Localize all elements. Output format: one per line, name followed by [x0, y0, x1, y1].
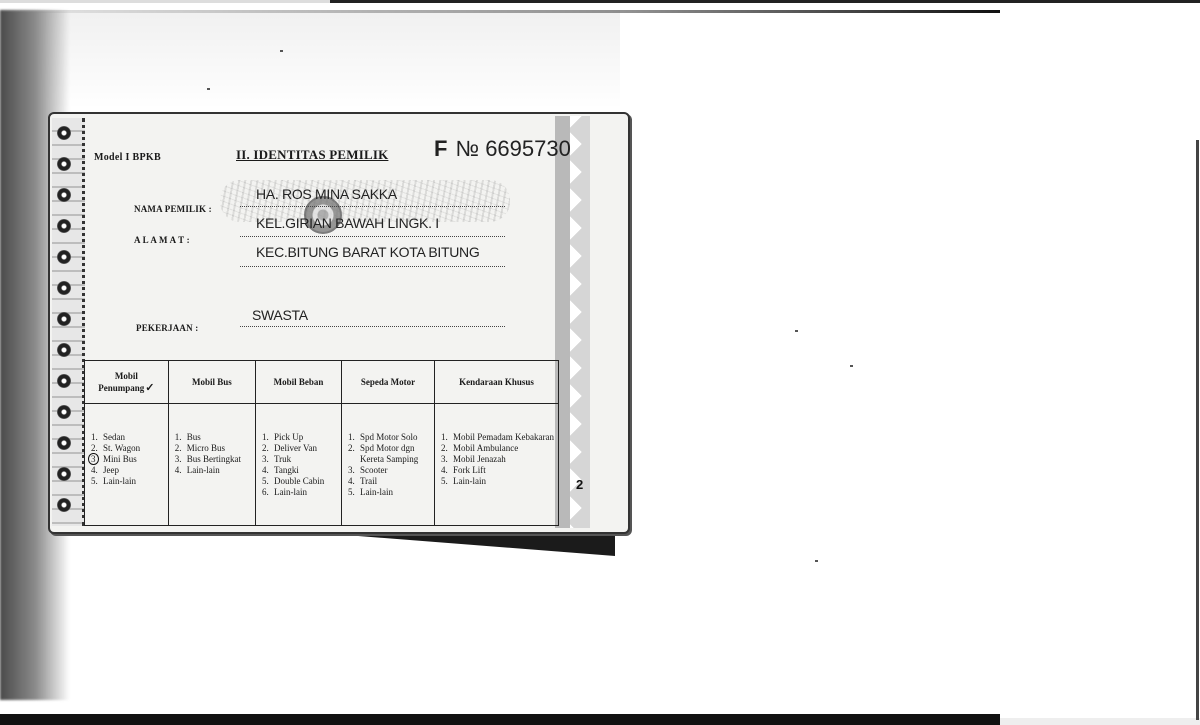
vehicle-type-item: 2.Deliver Van — [262, 443, 337, 454]
rosette-ornament-icon — [57, 498, 71, 512]
vehicle-type-label: Pick Up — [274, 432, 303, 442]
vehicle-type-item: 2.Spd Motor dgn Kereta Samping — [348, 443, 430, 465]
vehicle-type-item: 2.Micro Bus — [175, 443, 251, 454]
occupation-value: SWASTA — [252, 307, 308, 323]
category-header: Mobil Penumpang✓ — [85, 361, 169, 404]
address-dotted-line-1 — [240, 236, 505, 237]
vehicle-type-item: 3.Mobil Jenazah — [441, 454, 554, 465]
item-number: 5. — [441, 476, 453, 487]
vehicle-category-table: Mobil Penumpang✓Mobil BusMobil BebanSepe… — [84, 360, 559, 526]
item-number: 1. — [441, 432, 453, 443]
rosette-ornament-icon — [57, 188, 71, 202]
scan-shadow-top — [0, 10, 620, 110]
scan-edge-top-dark — [330, 0, 1200, 3]
vehicle-type-item: 5.Lain-lain — [91, 476, 164, 487]
address-line-2: KEC.BITUNG BARAT KOTA BITUNG — [256, 244, 479, 260]
rosette-ornament-icon — [57, 219, 71, 233]
vehicle-type-item: 3Mini Bus — [91, 454, 164, 465]
scan-speck — [815, 560, 818, 562]
item-number: 3. — [348, 465, 360, 476]
item-number: 3. — [175, 454, 187, 465]
vehicle-type-label: Trail — [360, 476, 377, 486]
vehicle-type-label: St. Wagon — [103, 443, 140, 453]
vehicle-type-item: 4.Trail — [348, 476, 430, 487]
vehicle-type-item: 5.Double Cabin — [262, 476, 337, 487]
vehicle-type-label: Lain-lain — [103, 476, 136, 486]
item-number: 1. — [262, 432, 274, 443]
vehicle-type-item: 5.Lain-lain — [348, 487, 430, 498]
vehicle-type-label: Spd Motor dgn Kereta Samping — [360, 443, 430, 465]
vehicle-type-item: 6.Lain-lain — [262, 487, 337, 498]
rosette-ornament-icon — [57, 281, 71, 295]
vehicle-type-label: Sedan — [103, 432, 125, 442]
vehicle-type-item: 1.Mobil Pemadam Kebakaran — [441, 432, 554, 443]
rosette-ornament-icon — [57, 343, 71, 357]
vehicle-type-item: 3.Scooter — [348, 465, 430, 476]
category-header: Mobil Bus — [168, 361, 255, 404]
rosette-ornament-icon — [57, 374, 71, 388]
item-number: 1. — [91, 432, 103, 443]
occupation-label: PEKERJAAN : — [136, 323, 198, 333]
rosette-ornament-icon — [57, 467, 71, 481]
item-number: 1. — [348, 432, 360, 443]
scan-speck — [280, 50, 283, 52]
item-number: 4. — [441, 465, 453, 476]
item-number: 6. — [262, 487, 274, 498]
vehicle-type-label: Bus — [187, 432, 201, 442]
vehicle-type-item: 4.Tangki — [262, 465, 337, 476]
item-number: 5. — [262, 476, 274, 487]
vehicle-type-label: Mobil Pemadam Kebakaran — [453, 432, 554, 442]
ornamental-border-left — [52, 118, 85, 526]
vehicle-type-label: Mini Bus — [103, 454, 137, 464]
vehicle-type-label: Lain-lain — [453, 476, 486, 486]
vehicle-type-label: Truk — [274, 454, 291, 464]
item-number: 1. — [175, 432, 187, 443]
vehicle-type-label: Lain-lain — [187, 465, 220, 475]
vehicle-type-item: 5.Lain-lain — [441, 476, 554, 487]
address-line-1: KEL.GIRIAN BAWAH LINGK. I — [256, 215, 439, 231]
vehicle-type-item: 1.Pick Up — [262, 432, 337, 443]
item-number: 3 — [91, 454, 103, 465]
item-number: 4. — [175, 465, 187, 476]
category-options: 1.Pick Up2.Deliver Van3.Truk4.Tangki5.Do… — [255, 404, 341, 526]
vehicle-type-label: Lain-lain — [360, 487, 393, 497]
scan-speck — [207, 88, 210, 90]
vehicle-type-label: Jeep — [103, 465, 119, 475]
category-options: 1.Spd Motor Solo2.Spd Motor dgn Kereta S… — [341, 404, 434, 526]
rosette-ornament-icon — [57, 405, 71, 419]
vehicle-type-label: Spd Motor Solo — [360, 432, 418, 442]
vehicle-type-item: 4.Jeep — [91, 465, 164, 476]
category-header-label: Mobil Beban — [274, 377, 324, 387]
vehicle-type-label: Micro Bus — [187, 443, 225, 453]
vehicle-type-label: Double Cabin — [274, 476, 324, 486]
rosette-ornament-icon — [57, 312, 71, 326]
vehicle-type-label: Bus Bertingkat — [187, 454, 241, 464]
vehicle-type-item: 2.Mobil Ambulance — [441, 443, 554, 454]
category-header: Sepeda Motor — [341, 361, 434, 404]
address-dotted-line-2 — [240, 266, 505, 267]
checkmark-icon: ✓ — [145, 382, 154, 394]
scan-edge-bottom — [0, 714, 1000, 725]
bpkb-owner-page: Model I BPKB II. IDENTITAS PEMILIK F№ 66… — [48, 112, 630, 534]
scan-speck — [795, 330, 798, 332]
item-number: 3. — [262, 454, 274, 465]
vehicle-type-item: 1.Spd Motor Solo — [348, 432, 430, 443]
model-label: Model I BPKB — [94, 152, 161, 163]
page-number: 2 — [576, 477, 583, 492]
vehicle-type-label: Fork Lift — [453, 465, 486, 475]
category-header-label: Sepeda Motor — [361, 377, 415, 387]
vehicle-type-item: 1.Sedan — [91, 432, 164, 443]
vehicle-type-item: 3.Bus Bertingkat — [175, 454, 251, 465]
name-dotted-line — [240, 206, 505, 207]
item-number: 2. — [262, 443, 274, 454]
vehicle-type-item: 4.Lain-lain — [175, 465, 251, 476]
category-options: 1.Mobil Pemadam Kebakaran2.Mobil Ambulan… — [434, 404, 558, 526]
item-number: 2. — [348, 443, 360, 454]
vehicle-type-label: Mobil Jenazah — [453, 454, 506, 464]
scan-edge-right — [1196, 140, 1199, 720]
category-header-label: Mobil Penumpang — [98, 371, 144, 393]
category-options: 1.Bus2.Micro Bus3.Bus Bertingkat4.Lain-l… — [168, 404, 255, 526]
scan-speck — [850, 365, 853, 367]
vehicle-type-item: 1.Bus — [175, 432, 251, 443]
serial-prefix: F — [434, 136, 447, 161]
serial-number: F№ 6695730 — [434, 136, 571, 162]
vehicle-type-label: Mobil Ambulance — [453, 443, 518, 453]
vehicle-type-item: 3.Truk — [262, 454, 337, 465]
rosette-ornament-icon — [57, 436, 71, 450]
rosette-ornament-icon — [57, 157, 71, 171]
item-number: 4. — [91, 465, 103, 476]
vehicle-type-item: 4.Fork Lift — [441, 465, 554, 476]
item-number: 4. — [348, 476, 360, 487]
vehicle-type-label: Tangki — [274, 465, 299, 475]
item-number: 3. — [441, 454, 453, 465]
vehicle-type-item: 2.St. Wagon — [91, 443, 164, 454]
item-number: 2. — [175, 443, 187, 454]
item-number: 2. — [441, 443, 453, 454]
section-title: II. IDENTITAS PEMILIK — [236, 147, 388, 163]
rosette-ornament-icon — [57, 126, 71, 140]
category-header-label: Kendaraan Khusus — [459, 377, 534, 387]
owner-name-value: HA. ROS MINA SAKKA — [256, 186, 397, 202]
selected-circle-mark: 3 — [88, 453, 99, 465]
serial-value: 6695730 — [485, 136, 571, 161]
vehicle-type-label: Scooter — [360, 465, 388, 475]
item-number: 4. — [262, 465, 274, 476]
category-header: Kendaraan Khusus — [434, 361, 558, 404]
rosette-ornament-icon — [57, 250, 71, 264]
vehicle-type-label: Lain-lain — [274, 487, 307, 497]
address-label: A L A M A T : — [134, 235, 190, 245]
item-number: 5. — [348, 487, 360, 498]
vehicle-type-label: Deliver Van — [274, 443, 317, 453]
scan-edge-bottom-light — [1000, 718, 1200, 725]
owner-name-label: NAMA PEMILIK : — [134, 204, 212, 214]
number-sign-icon: № — [455, 136, 479, 161]
item-number: 5. — [91, 476, 103, 487]
category-header: Mobil Beban — [255, 361, 341, 404]
occupation-dotted-line — [240, 326, 505, 327]
category-options: 1.Sedan2.St. Wagon3Mini Bus4.Jeep5.Lain-… — [85, 404, 169, 526]
zigzag-border-right — [570, 116, 590, 528]
category-header-label: Mobil Bus — [192, 377, 232, 387]
